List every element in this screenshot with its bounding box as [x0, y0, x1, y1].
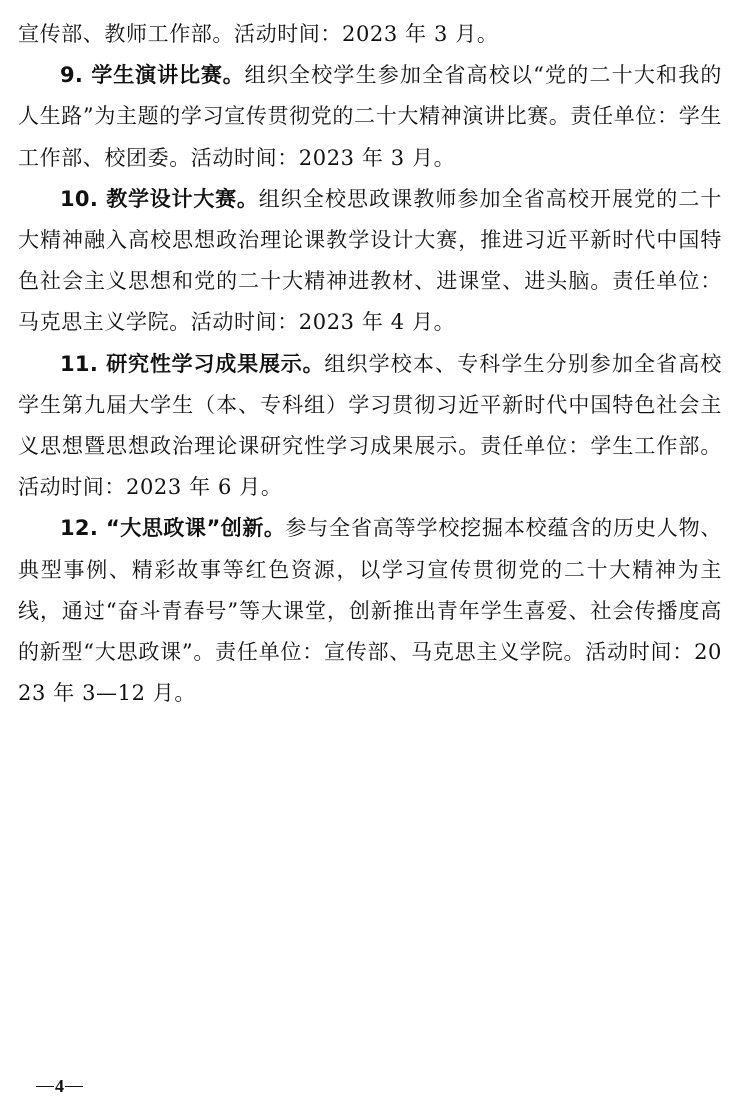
- paragraph-item-10: 10. 教学设计大赛。组织全校思政课教师参加全省高校开展党的二十大精神融入高校思…: [18, 179, 722, 344]
- page-footer: 4: [36, 1076, 83, 1097]
- item-heading: 10. 教学设计大赛。: [60, 187, 259, 211]
- item-heading: 9. 学生演讲比赛。: [60, 63, 245, 87]
- paragraph-body: 宣传部、教师工作部。活动时间：2023 年 3 月。: [18, 22, 498, 46]
- page-number: 4: [55, 1076, 64, 1097]
- item-heading: 11. 研究性学习成果展示。: [60, 352, 324, 376]
- paragraph-item-11: 11. 研究性学习成果展示。组织学校本、专科学生分别参加全省高校学生第九届大学生…: [18, 344, 722, 509]
- document-page: 宣传部、教师工作部。活动时间：2023 年 3 月。 9. 学生演讲比赛。组织全…: [18, 14, 722, 714]
- footer-dash-left: [36, 1086, 54, 1088]
- paragraph-item-9: 9. 学生演讲比赛。组织全校学生参加全省高校以“党的二十大和我的人生路”为主题的…: [18, 55, 722, 179]
- footer-dash-right: [65, 1086, 83, 1088]
- paragraph-continuation: 宣传部、教师工作部。活动时间：2023 年 3 月。: [18, 14, 722, 55]
- item-heading: 12. “大思政课”创新。: [60, 516, 285, 540]
- paragraph-item-12: 12. “大思政课”创新。参与全省高等学校挖掘本校蕴含的历史人物、典型事例、精彩…: [18, 508, 722, 714]
- paragraph-body: 参与全省高等学校挖掘本校蕴含的历史人物、典型事例、精彩故事等红色资源，以学习宣传…: [18, 516, 722, 705]
